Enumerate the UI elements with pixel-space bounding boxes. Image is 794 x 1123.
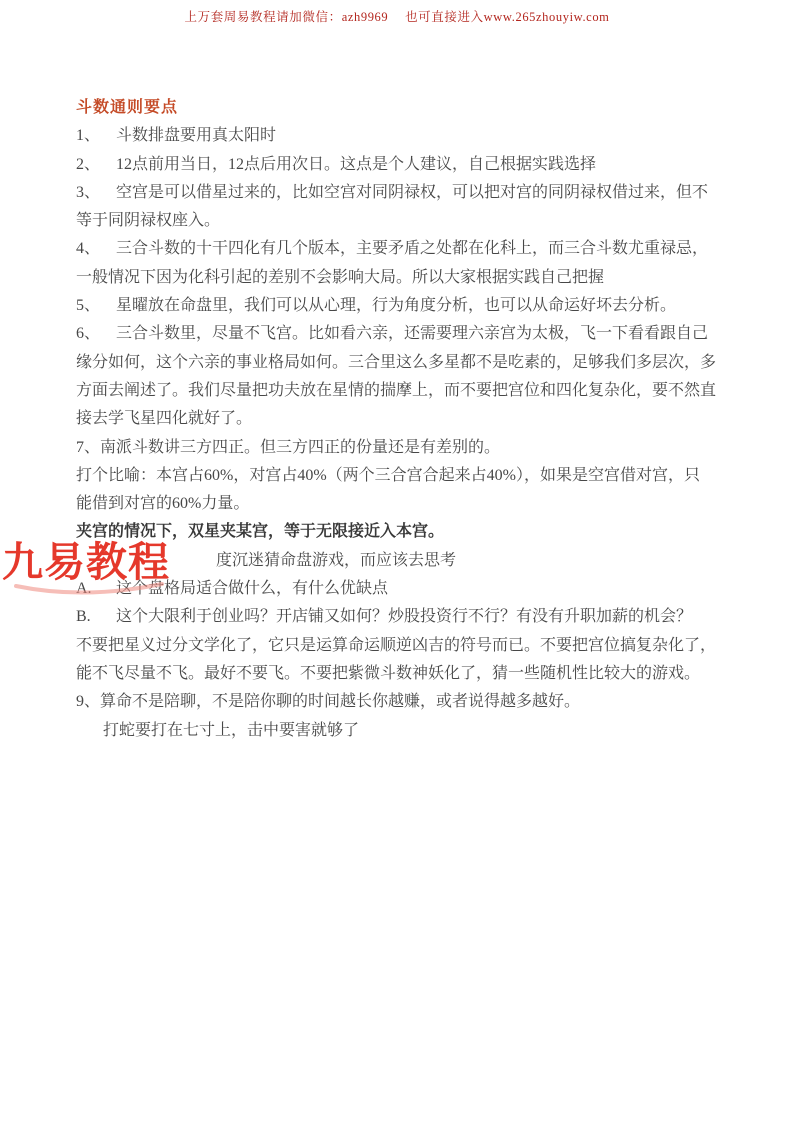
numbered-item-2: 2、12点前用当日，12点后用次日。这点是个人建议，自己根据实践选择	[76, 151, 736, 179]
text-line: 打个比喻：本宫占60%，对宫占40%（两个三合宫合起来占40%），如果是空宫借对…	[76, 462, 736, 490]
numbered-item-9: 9、算命不是陪聊，不是陪你聊的时间越长你越赚，或者说得越多越好。	[76, 688, 736, 716]
item-number: 6、	[76, 320, 116, 348]
item-text: 空宫是可以借星过来的，比如空宫对同阴禄权，可以把对宫的同阴禄权借过来，但不	[116, 184, 708, 201]
lettered-item-b: B.这个大限利于创业吗？开店铺又如何？炒股投资行不行？有没有升职加薪的机会？	[76, 603, 736, 631]
item-text: 9、算命不是陪聊，不是陪你聊的时间越长你越赚，或者说得越多越好。	[76, 693, 580, 710]
item-text: 能借到对宫的60%力量。	[76, 495, 249, 512]
text-line: 方面去阐述了。我们尽量把功夫放在星情的揣摩上，而不要把宫位和四化复杂化，要不然直	[76, 377, 736, 405]
item-number: 2、	[76, 151, 116, 179]
item-text: 7、南派斗数讲三方四正。但三方四正的份量还是有差别的。	[76, 439, 500, 456]
page-header-text: 上万套周易教程请加微信：azh9969 也可直接进入www.265zhouyiw…	[0, 7, 794, 25]
text-line: 接去学飞星四化就好了。	[76, 405, 736, 433]
item-text: 斗数排盘要用真太阳时	[116, 127, 276, 144]
item-text: 12点前用当日，12点后用次日。这点是个人建议，自己根据实践选择	[116, 156, 596, 173]
text-line: 打蛇要打在七寸上，击中要害就够了	[76, 717, 736, 745]
item-number: 3、	[76, 179, 116, 207]
item-text: 不要把星义过分文学化了，它只是运算命运顺逆凶吉的符号而已。不要把宫位搞复杂化了，	[76, 637, 716, 654]
item-text: 度沉迷猜命盘游戏，而应该去思考	[216, 552, 456, 569]
text-line: 能不飞尽量不飞。最好不要飞。不要把紫微斗数神妖化了，猜一些随机性比较大的游戏。	[76, 660, 736, 688]
text-line: 一般情况下因为化科引起的差别不会影响大局。所以大家根据实践自己把握	[76, 264, 736, 292]
item-text: 三合斗数的十干四化有几个版本，主要矛盾之处都在化科上，而三合斗数尤重禄忌，	[116, 240, 708, 257]
document-content: 斗数通则要点 1、斗数排盘要用真太阳时 2、12点前用当日，12点后用次日。这点…	[76, 94, 736, 745]
numbered-item-4: 4、三合斗数的十干四化有几个版本，主要矛盾之处都在化科上，而三合斗数尤重禄忌，	[76, 235, 736, 263]
text-line: 能借到对宫的60%力量。	[76, 490, 736, 518]
document-title: 斗数通则要点	[76, 94, 736, 122]
item-number: 5、	[76, 292, 116, 320]
text-line: 缘分如何，这个六亲的事业格局如何。三合里这么多星都不是吃素的，足够我们多层次，多	[76, 349, 736, 377]
item-text: 打蛇要打在七寸上，击中要害就够了	[103, 722, 359, 739]
item-text: 打个比喻：本宫占60%，对宫占40%（两个三合宫合起来占40%），如果是空宫借对…	[76, 467, 700, 484]
item-text: 接去学飞星四化就好了。	[76, 410, 252, 427]
item-letter: B.	[76, 603, 116, 631]
item-text: 等于同阴禄权座入。	[76, 212, 220, 229]
item-number: 4、	[76, 235, 116, 263]
numbered-item-3: 3、空宫是可以借星过来的，比如空宫对同阴禄权，可以把对宫的同阴禄权借过来，但不	[76, 179, 736, 207]
item-text: 三合斗数里，尽量不飞宫。比如看六亲，还需要理六亲宫为太极，飞一下看看跟自己	[116, 325, 708, 342]
numbered-item-5: 5、星曜放在命盘里，我们可以从心理，行为角度分析，也可以从命运好坏去分析。	[76, 292, 736, 320]
item-text: 夹宫的情况下，双星夹某宫，等于无限接近入本宫。	[76, 523, 444, 540]
text-line: 不要把星义过分文学化了，它只是运算命运顺逆凶吉的符号而已。不要把宫位搞复杂化了，	[76, 632, 736, 660]
watermark-text: 九易教程	[2, 539, 170, 585]
numbered-item-6: 6、三合斗数里，尽量不飞宫。比如看六亲，还需要理六亲宫为太极，飞一下看看跟自己	[76, 320, 736, 348]
document-page: 上万套周易教程请加微信：azh9969 也可直接进入www.265zhouyiw…	[0, 0, 794, 1123]
watermark-logo: 九易教程	[2, 540, 217, 592]
item-text: 缘分如何，这个六亲的事业格局如何。三合里这么多星都不是吃素的，足够我们多层次，多	[76, 354, 716, 371]
watermark-swoosh-icon	[14, 580, 164, 596]
numbered-item-7: 7、南派斗数讲三方四正。但三方四正的份量还是有差别的。	[76, 434, 736, 462]
item-text: 星曜放在命盘里，我们可以从心理，行为角度分析，也可以从命运好坏去分析。	[116, 297, 676, 314]
item-text: 一般情况下因为化科引起的差别不会影响大局。所以大家根据实践自己把握	[76, 269, 604, 286]
text-line: 等于同阴禄权座入。	[76, 207, 736, 235]
item-text: 方面去阐述了。我们尽量把功夫放在星情的揣摩上，而不要把宫位和四化复杂化，要不然直	[76, 382, 716, 399]
numbered-item-1: 1、斗数排盘要用真太阳时	[76, 122, 736, 150]
item-text: 能不飞尽量不飞。最好不要飞。不要把紫微斗数神妖化了，猜一些随机性比较大的游戏。	[76, 665, 700, 682]
item-text: 这个大限利于创业吗？开店铺又如何？炒股投资行不行？有没有升职加薪的机会？	[116, 608, 692, 625]
item-number: 1、	[76, 122, 116, 150]
